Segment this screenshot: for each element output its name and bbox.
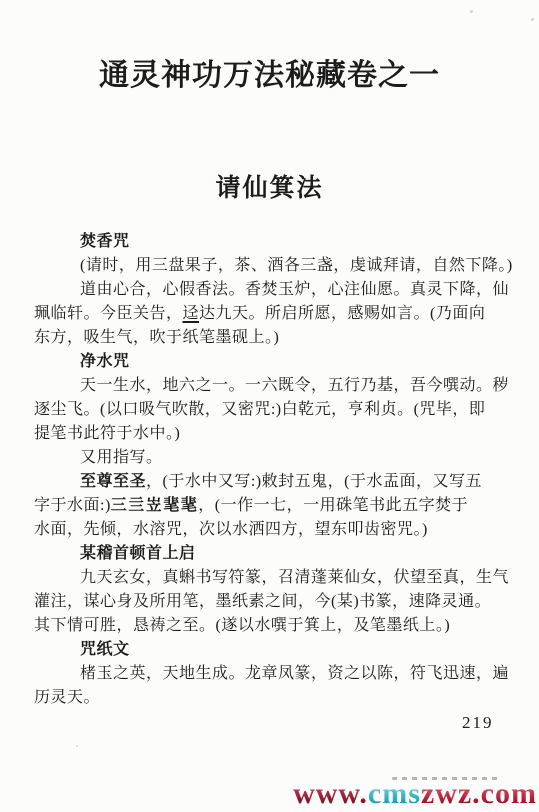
body-line: 灌注，谋心身及所用笔，墨纸素之间，今(某)书篆，速降灵通。 — [34, 590, 514, 614]
body-line: 东方，吸生气，吹于纸笔墨砚上。) — [34, 326, 514, 350]
body-line: 至尊至圣，(于水中又写:)敕封五鬼，(于水盂面，又写五 — [34, 470, 514, 494]
body-line: 字于水面:)三亖岦靟靟，(一作一七，一用硃笔书此五字焚于 — [34, 494, 514, 518]
talisman-characters: 三亖岦靟靟 — [111, 497, 199, 514]
watermark-zwz-segment: zwz.com — [421, 777, 537, 810]
line-segment: 珮临轩。今臣关告， — [34, 305, 183, 322]
watermark-www-segment: www. — [293, 777, 368, 810]
body-text-block: 焚香咒 (请时，用三盘果子，茶、酒各三盏，虔诚拜请，自然下降。) 道由心合，心假… — [34, 230, 514, 710]
bold-lead: 至尊至圣 — [80, 473, 146, 490]
page-number: 219 — [462, 713, 494, 733]
underlined-char: 迳 — [183, 305, 200, 322]
scanned-book-page: 通灵神功万法秘藏卷之一 请仙箕法 焚香咒 (请时，用三盘果子，茶、酒各三盏，虔诚… — [0, 0, 539, 812]
watermark-url: www.cmszwz.com — [293, 779, 537, 809]
body-line: 又用指写。 — [34, 446, 514, 470]
scan-speck — [76, 745, 78, 747]
subheading-paper-incantation: 咒纸文 — [34, 638, 514, 662]
chapter-heading: 请仙箕法 — [0, 168, 539, 204]
scan-speck — [531, 18, 534, 21]
line-segment: ，(一作一七，一用硃笔书此五字焚于 — [198, 497, 468, 514]
body-line: (请时，用三盘果子，茶、酒各三盏，虔诚拜请，自然下降。) — [34, 254, 514, 278]
watermark-cms-segment: cms — [368, 777, 421, 810]
line-segment: 字于水面:) — [34, 497, 111, 514]
body-line: 楮玉之英，天地生成。龙章凤篆，资之以陈，符飞迅速，遍 — [34, 662, 514, 686]
subheading-incense-incantation: 焚香咒 — [34, 230, 514, 254]
scan-speck — [470, 10, 473, 13]
body-line: 其下情可胜，恳祷之至。(遂以水噀于箕上，及笔墨纸上。) — [34, 614, 514, 638]
body-line: 珮临轩。今臣关告，迳达九天。所启所愿，感赐如言。(乃面向 — [34, 302, 514, 326]
subheading-kowtow-petition: 某稽首顿首上启 — [34, 542, 514, 566]
body-line: 天一生水，地六之一。一六既令，五行乃基，吾今噀动。秽 — [34, 374, 514, 398]
line-segment: ，(于水中又写:)敕封五鬼，(于水盂面，又写五 — [146, 473, 482, 490]
line-segment: 达九天。所启所愿，感赐如言。(乃面向 — [199, 305, 485, 322]
book-title: 通灵神功万法秘藏卷之一 — [0, 50, 539, 94]
body-line: 水面，先倾，水溶咒，次以水洒四方，望东叩齿密咒。) — [34, 518, 514, 542]
body-line: 九天玄女，真蝌书写符篆，召清蓬莱仙女，伏望至真，生气 — [34, 566, 514, 590]
body-line: 提笔书此符于水中。) — [34, 422, 514, 446]
body-line: 历灵天。 — [34, 686, 514, 710]
body-line: 逐尘飞。(以口吸气吹散，又密咒:)白乾元，亨利贞。(咒毕，即 — [34, 398, 514, 422]
body-line: 道由心合，心假香法。香焚玉炉，心注仙愿。真灵下降，仙 — [34, 278, 514, 302]
subheading-water-incantation: 净水咒 — [34, 350, 514, 374]
